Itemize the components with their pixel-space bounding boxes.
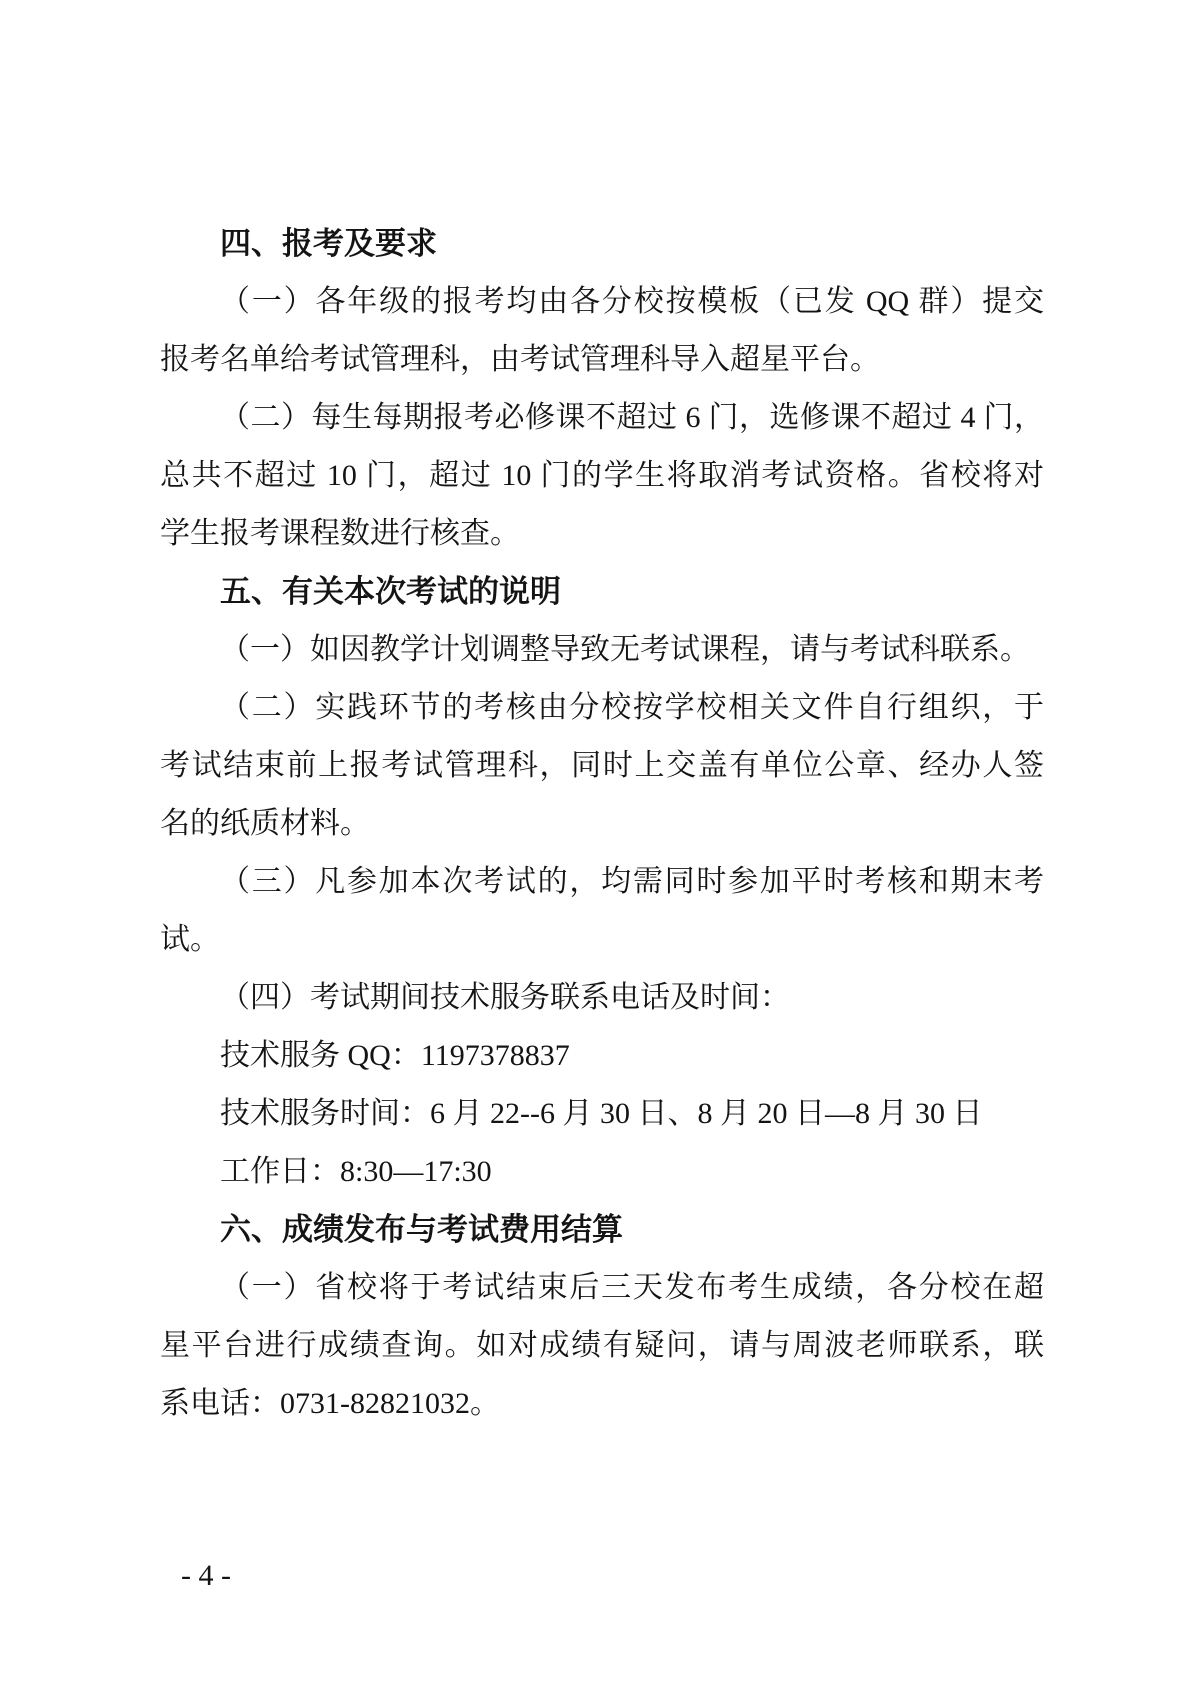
text-line: 试。: [160, 911, 1044, 969]
section-heading: 四、报考及要求: [160, 215, 1044, 273]
section-heading: 五、有关本次考试的说明: [160, 563, 1044, 621]
paragraph: 工作日：8:30—17:30: [160, 1143, 1044, 1201]
page-footer: - 4 -: [181, 1556, 231, 1596]
text-line: （三）凡参加本次考试的，均需同时参加平时考核和期末考: [160, 853, 1044, 911]
document-body: 四、报考及要求（一）各年级的报考均由各分校按模板（已发 QQ 群）提交报考名单给…: [160, 215, 1044, 1433]
paragraph: （一）省校将于考试结束后三天发布考生成绩，各分校在超星平台进行成绩查询。如对成绩…: [160, 1259, 1044, 1433]
text-line: 六、成绩发布与考试费用结算: [160, 1201, 1044, 1259]
paragraph: （一）各年级的报考均由各分校按模板（已发 QQ 群）提交报考名单给考试管理科，由…: [160, 273, 1044, 389]
page-number: - 4 -: [181, 1559, 231, 1592]
text-line: 名的纸质材料。: [160, 795, 1044, 853]
text-line: 工作日：8:30—17:30: [160, 1143, 1044, 1201]
paragraph: （二）实践环节的考核由分校按学校相关文件自行组织，于考试结束前上报考试管理科，同…: [160, 679, 1044, 853]
text-line: 报考名单给考试管理科，由考试管理科导入超星平台。: [160, 331, 1044, 389]
text-line: 四、报考及要求: [160, 215, 1044, 273]
text-line: （二）实践环节的考核由分校按学校相关文件自行组织，于: [160, 679, 1044, 737]
text-line: （四）考试期间技术服务联系电话及时间：: [160, 969, 1044, 1027]
text-line: 技术服务 QQ：1197378837: [160, 1027, 1044, 1085]
text-line: （一）各年级的报考均由各分校按模板（已发 QQ 群）提交: [160, 273, 1044, 331]
text-line: 技术服务时间：6 月 22--6 月 30 日、8 月 20 日—8 月 30 …: [160, 1085, 1044, 1143]
paragraph: （一）如因教学计划调整导致无考试课程，请与考试科联系。: [160, 621, 1044, 679]
paragraph: 技术服务 QQ：1197378837: [160, 1027, 1044, 1085]
paragraph: （三）凡参加本次考试的，均需同时参加平时考核和期末考试。: [160, 853, 1044, 969]
paragraph: （四）考试期间技术服务联系电话及时间：: [160, 969, 1044, 1027]
text-line: 总共不超过 10 门，超过 10 门的学生将取消考试资格。省校将对: [160, 447, 1044, 505]
paragraph: 技术服务时间：6 月 22--6 月 30 日、8 月 20 日—8 月 30 …: [160, 1085, 1044, 1143]
document-page: 四、报考及要求（一）各年级的报考均由各分校按模板（已发 QQ 群）提交报考名单给…: [0, 0, 1191, 1684]
text-line: （二）每生每期报考必修课不超过 6 门，选修课不超过 4 门，: [160, 389, 1044, 447]
section-heading: 六、成绩发布与考试费用结算: [160, 1201, 1044, 1259]
text-line: 五、有关本次考试的说明: [160, 563, 1044, 621]
text-line: 星平台进行成绩查询。如对成绩有疑问，请与周波老师联系，联: [160, 1317, 1044, 1375]
text-line: （一）如因教学计划调整导致无考试课程，请与考试科联系。: [160, 621, 1044, 679]
text-line: （一）省校将于考试结束后三天发布考生成绩，各分校在超: [160, 1259, 1044, 1317]
paragraph: （二）每生每期报考必修课不超过 6 门，选修课不超过 4 门，总共不超过 10 …: [160, 389, 1044, 563]
text-line: 学生报考课程数进行核查。: [160, 505, 1044, 563]
text-line: 系电话：0731-82821032。: [160, 1375, 1044, 1433]
text-line: 考试结束前上报考试管理科，同时上交盖有单位公章、经办人签: [160, 737, 1044, 795]
